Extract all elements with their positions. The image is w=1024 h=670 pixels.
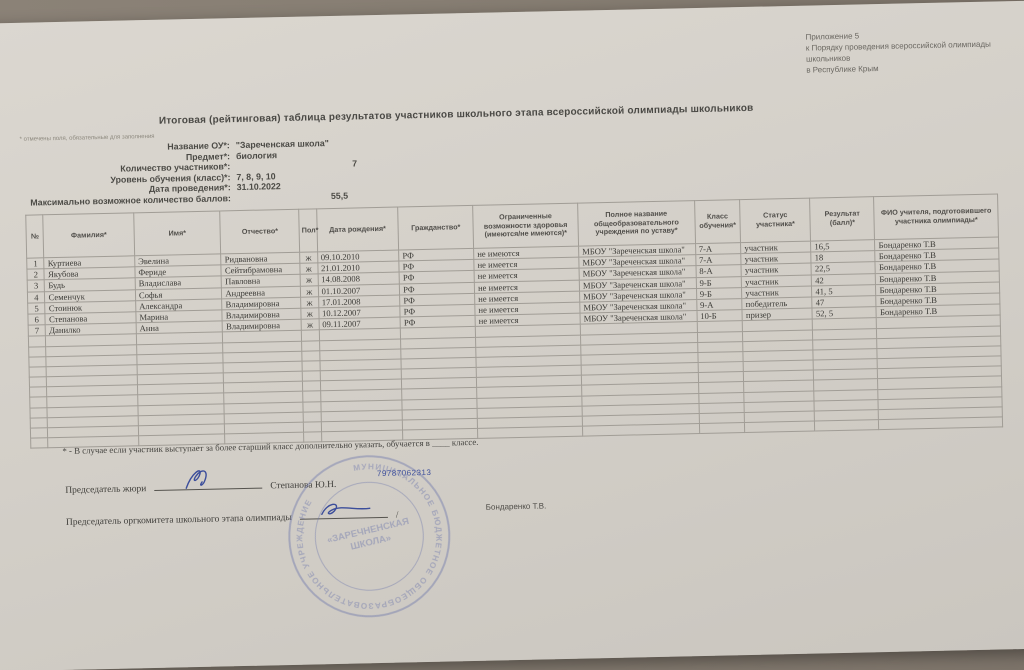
- empty-table-cell: [478, 426, 583, 438]
- empty-table-cell: [29, 377, 47, 388]
- empty-table-cell: [815, 420, 879, 432]
- empty-table-cell: [29, 367, 47, 378]
- header-cell: ФИО учителя, подготовившего участника ол…: [874, 194, 998, 240]
- annex-block: Приложение 5к Порядку проведения всеросс…: [805, 28, 991, 76]
- form-field-value: 55,5: [331, 191, 348, 202]
- header-cell: Гражданство*: [398, 205, 474, 250]
- empty-table-cell: [583, 424, 700, 437]
- empty-table-cell: [30, 428, 48, 439]
- table-cell: 5: [28, 303, 46, 315]
- results-table-wrap: №Фамилия*Имя*Отчество*Пол*Дата рождения*…: [25, 193, 1003, 449]
- table-cell: ж: [300, 263, 318, 275]
- table-cell: 2: [27, 269, 45, 281]
- table-cell: 1: [27, 258, 45, 270]
- table-cell: 3: [27, 280, 45, 292]
- empty-table-cell: [303, 391, 321, 402]
- empty-table-cell: [303, 412, 321, 423]
- header-cell: Ограниченные возможности здоровья (имеют…: [473, 203, 579, 248]
- jury-signature: [168, 465, 229, 492]
- empty-table-cell: [303, 381, 321, 392]
- jury-signature-line: [154, 478, 262, 491]
- header-cell: Фамилия*: [43, 213, 134, 258]
- form-field-value: 7: [352, 159, 357, 170]
- header-cell: Результат (балл)*: [810, 197, 875, 241]
- table-cell: 4: [27, 291, 45, 303]
- form-block: Название ОУ*:"Зареченская школа"Предмет*…: [18, 136, 439, 209]
- school-round-stamp: МУНИЦИПАЛЬНОЕ БЮДЖЕТНОЕ ОБЩЕОБРАЗОВАТЕЛЬ…: [261, 428, 477, 644]
- empty-table-cell: [28, 336, 46, 347]
- table-cell: ж: [301, 319, 319, 331]
- empty-table-cell: [302, 371, 320, 382]
- header-cell: Пол*: [299, 209, 317, 252]
- header-cell: Дата рождения*: [316, 207, 399, 252]
- empty-table-cell: [303, 422, 321, 433]
- form-field-value: 31.10.2022: [237, 181, 281, 193]
- empty-table-cell: [303, 401, 321, 412]
- empty-table-cell: [302, 340, 320, 351]
- table-body: 1КуртиеваЭвелинаРидвановнаж09.10.2010РФн…: [27, 237, 1003, 449]
- orgcom-chair-label: Председатель оргкомитета школьного этапа…: [66, 513, 292, 528]
- table-cell: ж: [301, 297, 319, 309]
- table-cell: ж: [300, 274, 318, 286]
- header-cell: Полное название общеобразовательного учр…: [578, 201, 696, 247]
- empty-table-cell: [30, 407, 48, 418]
- empty-table-cell: [879, 417, 1003, 430]
- empty-table-cell: [699, 423, 745, 434]
- empty-table-cell: [30, 397, 48, 408]
- empty-table-cell: [302, 351, 320, 362]
- empty-table-cell: [31, 438, 49, 449]
- results-table: №Фамилия*Имя*Отчество*Пол*Дата рождения*…: [25, 193, 1003, 449]
- table-cell: 6: [28, 314, 46, 326]
- form-field-value: "Зареченская школа": [236, 138, 329, 151]
- scanned-paper: Приложение 5к Порядку проведения всеросс…: [0, 0, 1024, 670]
- header-cell: №: [26, 215, 44, 258]
- empty-table-cell: [745, 421, 815, 433]
- table-cell: ж: [300, 285, 318, 297]
- empty-table-cell: [302, 361, 320, 372]
- empty-table-cell: [29, 356, 47, 367]
- header-cell: Имя*: [134, 211, 221, 256]
- header-cell: Отчество*: [220, 209, 300, 254]
- empty-table-cell: [29, 346, 47, 357]
- table-cell: ж: [301, 308, 319, 320]
- header-cell: Статус участника*: [740, 198, 811, 243]
- jury-chair-label: Председатель жюри: [65, 484, 146, 496]
- form-field-value: биология: [236, 150, 277, 161]
- table-cell: ж: [300, 252, 318, 264]
- orgcom-chair-name: Бондаренко Т.В.: [486, 501, 547, 511]
- table-cell: 7: [28, 325, 46, 337]
- header-cell: Класс обучения*: [694, 200, 741, 244]
- empty-table-cell: [30, 418, 48, 429]
- document-title: Итоговая (рейтинговая) таблица результат…: [41, 100, 871, 129]
- empty-table-cell: [301, 330, 319, 341]
- empty-table-cell: [30, 387, 48, 398]
